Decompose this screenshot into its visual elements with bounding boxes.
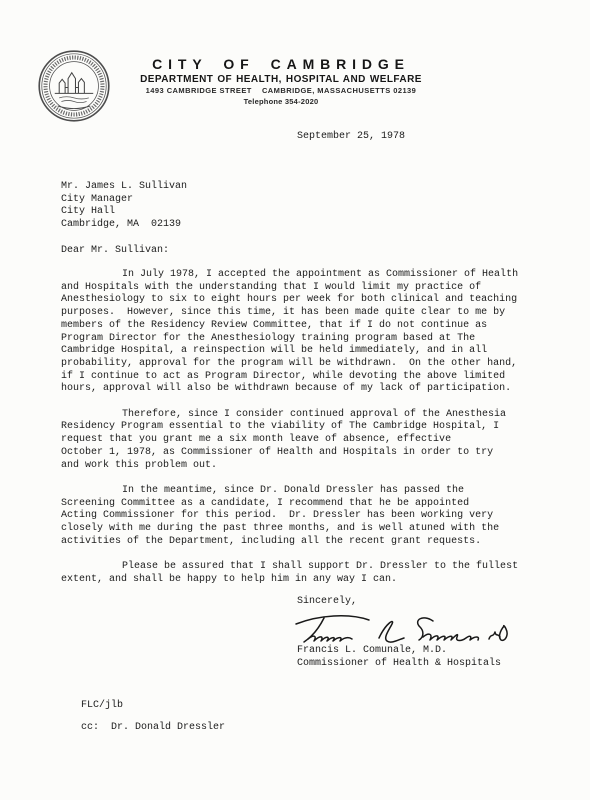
body-paragraph: Therefore, since I consider continued ap… (61, 409, 541, 473)
body-paragraph: In July 1978, I accepted the appointment… (61, 269, 541, 396)
recipient-address: Mr. James L. Sullivan City Manager City … (61, 181, 187, 232)
org-address: 1493 CAMBRIDGE STREET CAMBRIDGE, MASSACH… (86, 86, 476, 95)
date-line: September 25, 1978 (297, 131, 405, 144)
body-paragraph: In the meantime, since Dr. Donald Dressl… (61, 485, 541, 549)
cc-line: cc: Dr. Donald Dressler (81, 722, 225, 735)
letter-body: In July 1978, I accepted the appointment… (61, 269, 541, 599)
valediction: Sincerely, (297, 596, 357, 609)
letter-page: CITY OF CAMBRIDGE DEPARTMENT OF HEALTH, … (0, 0, 590, 800)
signature-script-icon (293, 611, 509, 645)
org-department: DEPARTMENT OF HEALTH, HOSPITAL AND WELFA… (86, 74, 476, 85)
salutation: Dear Mr. Sullivan: (61, 245, 169, 258)
org-name: CITY OF CAMBRIDGE (86, 56, 476, 72)
signer-title: Commissioner of Health & Hospitals (297, 658, 501, 671)
org-telephone: Telephone 354-2020 (86, 97, 476, 106)
signer-name: Francis L. Comunale, M.D. (297, 645, 447, 658)
reference-initials: FLC/jlb (81, 700, 123, 713)
body-paragraph: Please be assured that I shall support D… (61, 561, 541, 586)
